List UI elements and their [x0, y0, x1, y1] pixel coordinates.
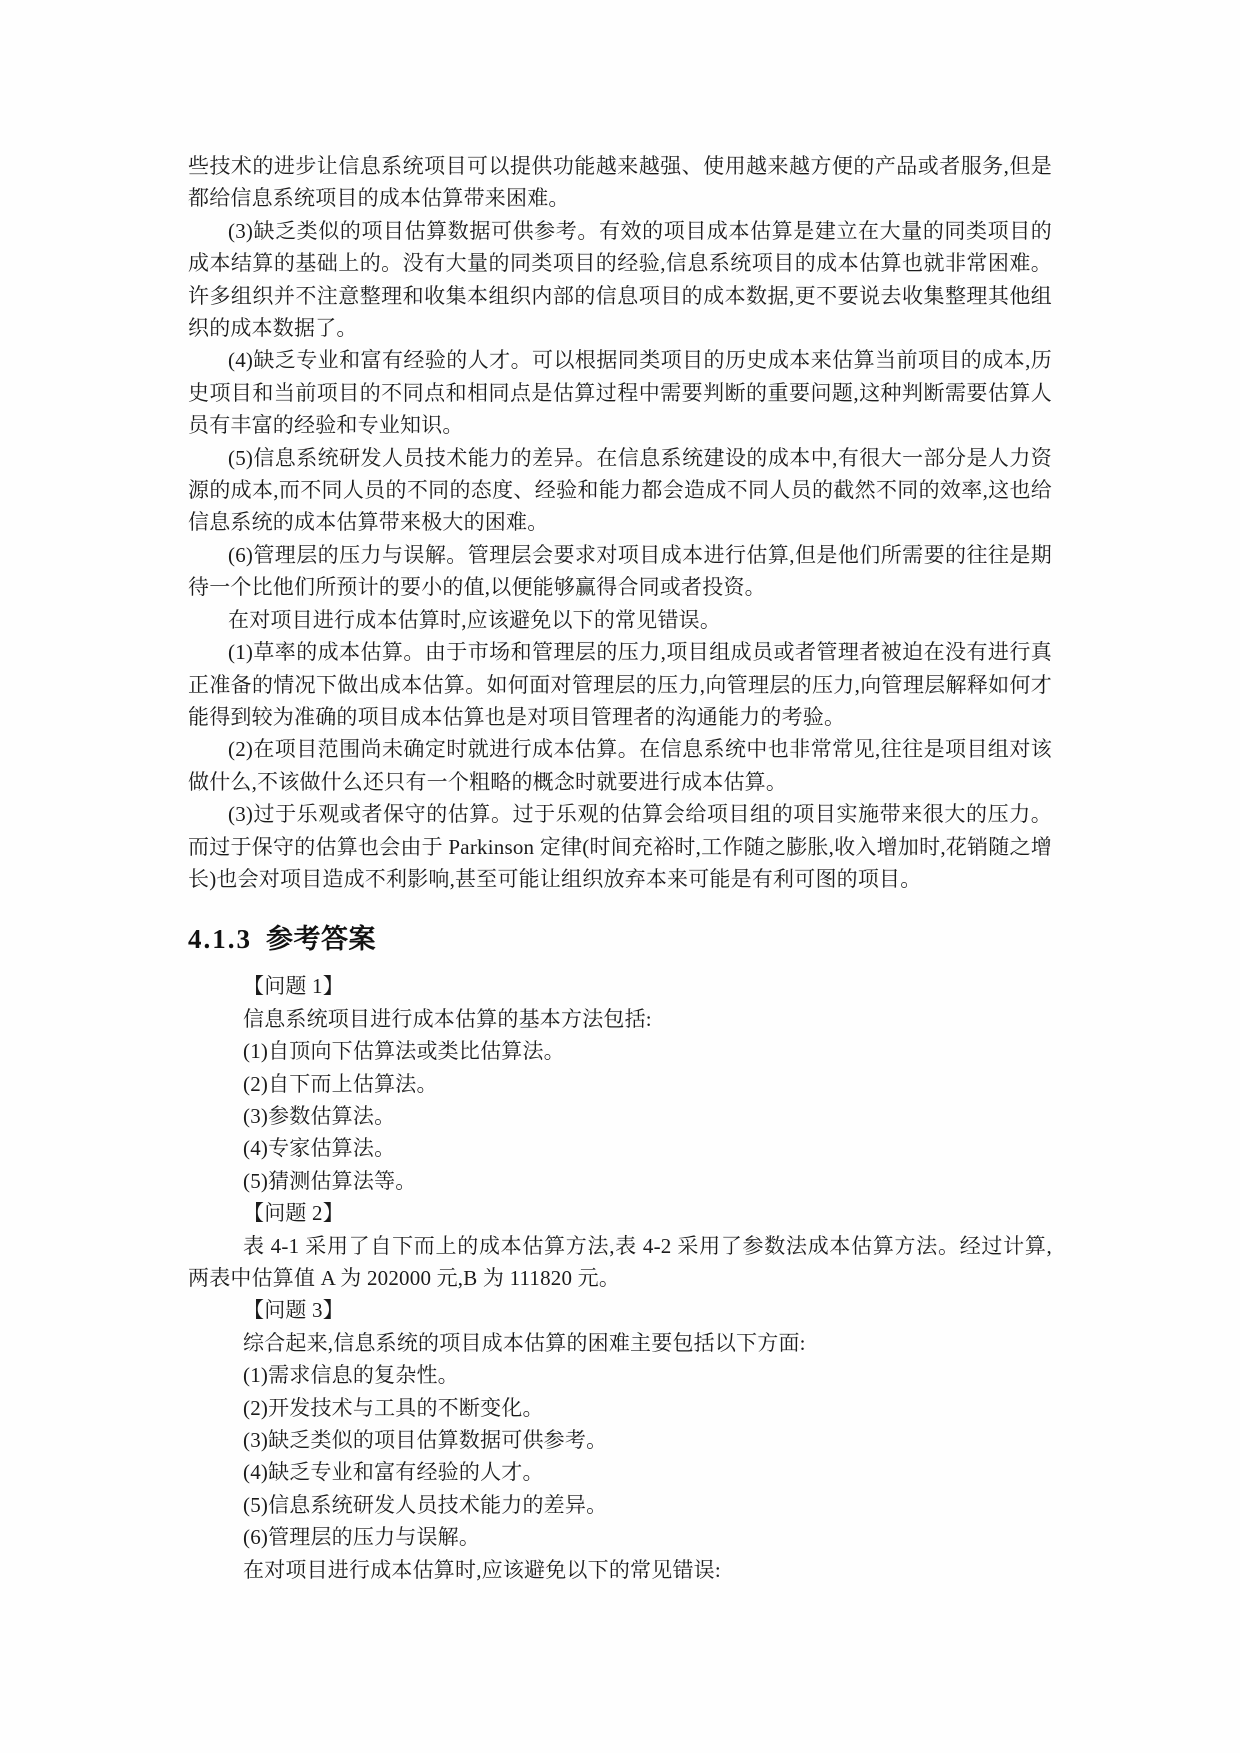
body-paragraph: (2)在项目范围尚未确定时就进行成本估算。在信息系统中也非常常见,往往是项目组对… [188, 733, 1052, 798]
answer-line: (3)缺乏类似的项目估算数据可供参考。 [188, 1424, 1052, 1456]
answer-line: (2)自下而上估算法。 [188, 1068, 1052, 1100]
body-paragraph: (3)过于乐观或者保守的估算。过于乐观的估算会给项目组的项目实施带来很大的压力。… [188, 798, 1052, 895]
answer-line: (4)缺乏专业和富有经验的人才。 [188, 1456, 1052, 1488]
body-paragraph-continuation: 些技术的进步让信息系统项目可以提供功能越来越强、使用越来越方便的产品或者服务,但… [188, 150, 1052, 215]
section-heading: 4.1.3参考答案 [188, 921, 1052, 957]
answer-line: (5)猜测估算法等。 [188, 1165, 1052, 1197]
answer-line: (1)自顶向下估算法或类比估算法。 [188, 1035, 1052, 1067]
body-paragraph: (6)管理层的压力与误解。管理层会要求对项目成本进行估算,但是他们所需要的往往是… [188, 539, 1052, 604]
answer-line: (4)专家估算法。 [188, 1132, 1052, 1164]
body-paragraph: (3)缺乏类似的项目估算数据可供参考。有效的项目成本估算是建立在大量的同类项目的… [188, 215, 1052, 345]
answer-paragraph: 表 4-1 采用了自下而上的成本估算方法,表 4-2 采用了参数法成本估算方法。… [188, 1230, 1052, 1295]
section-heading-title: 参考答案 [266, 924, 376, 954]
answer-line: (5)信息系统研发人员技术能力的差异。 [188, 1489, 1052, 1521]
answer-line: 信息系统项目进行成本估算的基本方法包括: [188, 1003, 1052, 1035]
answer-line: (2)开发技术与工具的不断变化。 [188, 1392, 1052, 1424]
answer-line-question1-label: 【问题 1】 [188, 970, 1052, 1002]
answer-line: (3)参数估算法。 [188, 1100, 1052, 1132]
answer-line: 在对项目进行成本估算时,应该避免以下的常见错误: [188, 1554, 1052, 1586]
document-body: 些技术的进步让信息系统项目可以提供功能越来越强、使用越来越方便的产品或者服务,但… [188, 150, 1052, 1586]
body-paragraph: (4)缺乏专业和富有经验的人才。可以根据同类项目的历史成本来估算当前项目的成本,… [188, 344, 1052, 441]
answer-line: (1)需求信息的复杂性。 [188, 1359, 1052, 1391]
section-heading-number: 4.1.3 [188, 924, 252, 954]
answer-line-question3-label: 【问题 3】 [188, 1294, 1052, 1326]
answer-line-question2-label: 【问题 2】 [188, 1197, 1052, 1229]
body-paragraph: (1)草率的成本估算。由于市场和管理层的压力,项目组成员或者管理者被迫在没有进行… [188, 636, 1052, 733]
scanned-document-page: { "page": { "background": "#fefefe", "te… [0, 0, 1240, 1753]
answer-line: 综合起来,信息系统的项目成本估算的困难主要包括以下方面: [188, 1327, 1052, 1359]
answer-line: (6)管理层的压力与误解。 [188, 1521, 1052, 1553]
body-paragraph: (5)信息系统研发人员技术能力的差异。在信息系统建设的成本中,有很大一部分是人力… [188, 442, 1052, 539]
body-paragraph: 在对项目进行成本估算时,应该避免以下的常见错误。 [188, 604, 1052, 636]
